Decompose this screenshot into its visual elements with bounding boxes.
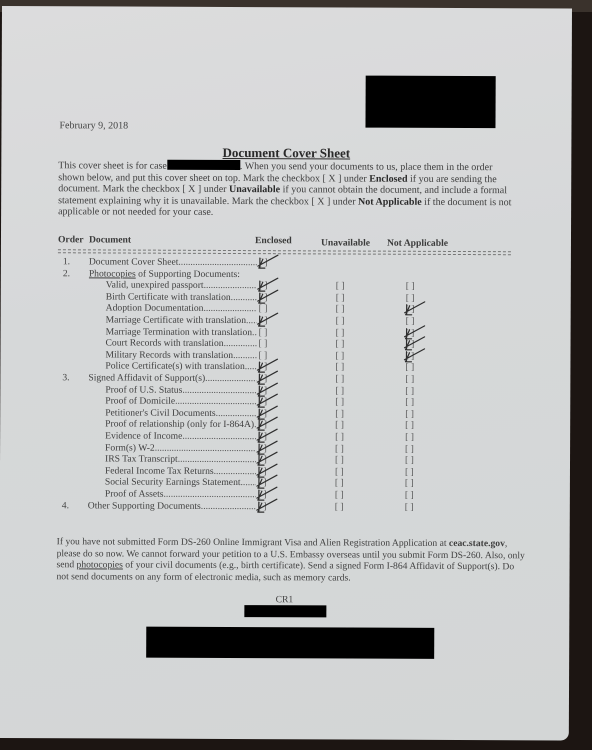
not-applicable-checkbox[interactable]: [ ] bbox=[405, 467, 414, 478]
header-divider bbox=[58, 252, 511, 255]
not-applicable-checkbox[interactable]: [ ] bbox=[405, 501, 414, 512]
row-order-number: 3. bbox=[62, 372, 69, 383]
table-row-label: Signed Affidavit of Support(s)..........… bbox=[88, 372, 256, 384]
redacted-case-number bbox=[167, 160, 240, 170]
document-date: February 9, 2018 bbox=[59, 120, 128, 131]
intro-enclosed-term: Enclosed bbox=[369, 173, 407, 184]
unavailable-checkbox[interactable]: [ ] bbox=[336, 304, 345, 315]
table-row-label: Adoption Documentation..................… bbox=[106, 303, 257, 315]
footer-underlined-term: photocopies bbox=[77, 560, 123, 571]
not-applicable-checkbox[interactable]: [ ] bbox=[405, 490, 414, 501]
table-row-label: Court Records with translation..........… bbox=[106, 338, 257, 350]
intro-not-applicable-term: Not Applicable bbox=[358, 196, 422, 207]
not-applicable-checkbox[interactable]: [ ] bbox=[405, 374, 414, 385]
not-applicable-checkbox[interactable]: [ ] bbox=[405, 478, 414, 489]
table-row-label: Document Cover Sheet....................… bbox=[89, 256, 257, 268]
table-row-label: Proof of Domicile.......................… bbox=[105, 396, 256, 408]
footer-text: of your civil documents (e.g., birth cer… bbox=[56, 560, 514, 584]
not-applicable-checkbox[interactable]: [ ] bbox=[405, 420, 414, 431]
column-header-unavailable: Unavailable bbox=[321, 237, 370, 248]
enclosed-checkbox[interactable]: [ ] bbox=[259, 338, 268, 349]
redacted-name bbox=[244, 605, 326, 617]
not-applicable-checkbox[interactable]: [ ] bbox=[405, 432, 414, 443]
row-order-number: 2. bbox=[63, 268, 70, 279]
table-row-label: Marriage Certificate with translation...… bbox=[106, 314, 257, 326]
intro-paragraph: This cover sheet is for case. When you s… bbox=[58, 159, 518, 220]
table-row-label: Birth Certificate with translation......… bbox=[106, 291, 257, 303]
row-order-number: 4. bbox=[62, 500, 69, 511]
unavailable-checkbox[interactable]: [ ] bbox=[336, 315, 345, 326]
unavailable-checkbox[interactable]: [ ] bbox=[335, 478, 344, 489]
table-row-label: Proof of relationship (only for I-864A).… bbox=[105, 419, 256, 431]
unavailable-checkbox[interactable]: [ ] bbox=[336, 327, 345, 338]
unavailable-checkbox[interactable]: [ ] bbox=[335, 431, 344, 442]
unavailable-checkbox[interactable]: [ ] bbox=[336, 281, 345, 292]
table-row-label: Military Records with translation.......… bbox=[105, 349, 256, 361]
table-row-label: Police Certificate(s) with translation..… bbox=[105, 361, 256, 373]
redacted-address-block bbox=[365, 76, 495, 129]
row-order-number: 1. bbox=[63, 256, 70, 267]
not-applicable-checkbox[interactable]: [ ] bbox=[405, 385, 414, 396]
table-row-label: IRS Tax Transcript......................… bbox=[105, 454, 256, 466]
table-row-label: Federal Income Tax Returns..............… bbox=[105, 465, 256, 477]
unavailable-checkbox[interactable]: [ ] bbox=[335, 501, 344, 512]
unavailable-checkbox[interactable]: [ ] bbox=[335, 455, 344, 466]
unavailable-checkbox[interactable]: [ ] bbox=[335, 420, 344, 431]
not-applicable-checkbox[interactable]: [ ] bbox=[405, 409, 414, 420]
unavailable-checkbox[interactable]: [ ] bbox=[335, 397, 344, 408]
footer-paragraph: If you have not submitted Form DS-260 On… bbox=[56, 536, 526, 584]
table-row-label: Form(s) W-2.............................… bbox=[105, 442, 256, 454]
unavailable-checkbox[interactable]: [ ] bbox=[335, 362, 344, 373]
unavailable-checkbox[interactable]: [ ] bbox=[335, 443, 344, 454]
redacted-address bbox=[146, 627, 434, 659]
column-header-enclosed: Enclosed bbox=[255, 235, 292, 246]
unavailable-checkbox[interactable]: [ ] bbox=[335, 350, 344, 361]
unavailable-checkbox[interactable]: [ ] bbox=[335, 408, 344, 419]
unavailable-checkbox[interactable]: [ ] bbox=[336, 339, 345, 350]
footer-text: If you have not submitted Form DS-260 On… bbox=[57, 536, 449, 549]
table-row-label: Photocopies of Supporting Documents: bbox=[89, 268, 240, 280]
not-applicable-checkbox[interactable]: [ ] bbox=[405, 443, 414, 454]
handwritten-check-icon bbox=[256, 498, 278, 514]
column-header-document: Document bbox=[89, 234, 131, 245]
table-row-label: Evidence of Income......................… bbox=[105, 430, 256, 442]
unavailable-checkbox[interactable]: [ ] bbox=[335, 373, 344, 384]
not-applicable-checkbox[interactable]: [ ] bbox=[406, 281, 415, 292]
handwritten-check-icon bbox=[257, 254, 279, 270]
unavailable-checkbox[interactable]: [ ] bbox=[335, 385, 344, 396]
document-paper: February 9, 2018 Document Cover Sheet Th… bbox=[0, 6, 572, 740]
table-row-label: Marriage Termination with translation...… bbox=[106, 326, 257, 338]
unavailable-checkbox[interactable]: [ ] bbox=[335, 489, 344, 500]
not-applicable-checkbox[interactable]: [ ] bbox=[405, 455, 414, 466]
table-row-label: Other Supporting Documents..............… bbox=[88, 500, 256, 512]
intro-unavailable-term: Unavailable bbox=[229, 184, 280, 195]
enclosed-checkbox[interactable]: [ ] bbox=[259, 327, 268, 338]
ceac-link[interactable]: ceac.state.gov bbox=[449, 538, 505, 549]
unavailable-checkbox[interactable]: [ ] bbox=[335, 466, 344, 477]
table-row-label: Valid, unexpired passport...............… bbox=[106, 280, 257, 292]
table-row-label: Proof of Assets.........................… bbox=[105, 488, 256, 500]
table-row-label: Petitioner's Civil Documents............… bbox=[105, 407, 256, 419]
table-row-label: Social Security Earnings Statement......… bbox=[105, 477, 256, 489]
table-row-label: Proof of U.S. Status....................… bbox=[105, 384, 256, 396]
column-header-order: Order bbox=[58, 234, 84, 245]
not-applicable-checkbox[interactable]: [ ] bbox=[405, 397, 414, 408]
column-header-not-applicable: Not Applicable bbox=[387, 238, 448, 249]
not-applicable-checkbox[interactable]: [ ] bbox=[405, 362, 414, 373]
unavailable-checkbox[interactable]: [ ] bbox=[336, 292, 345, 303]
intro-text: This cover sheet is for case bbox=[58, 160, 167, 171]
